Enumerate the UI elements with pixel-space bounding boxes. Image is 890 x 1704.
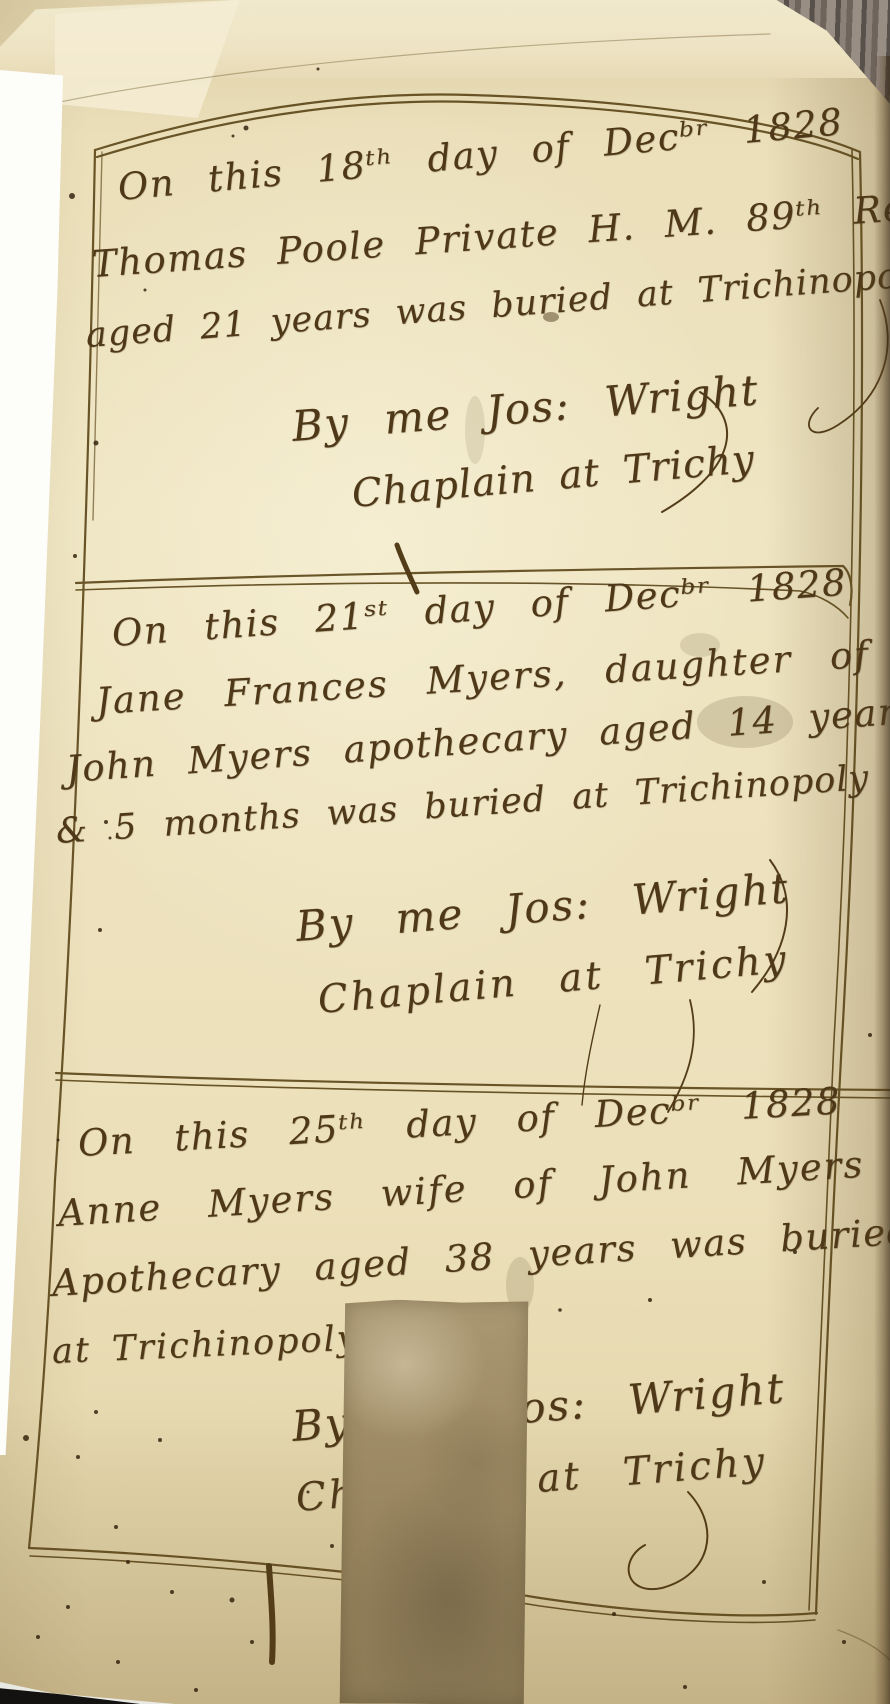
page-crease bbox=[60, 34, 770, 102]
tape-strip bbox=[340, 1299, 529, 1704]
ink-stroke-mark bbox=[269, 1566, 273, 1662]
register-photo: On this 18ᵗʰ day of Decᵇʳ 1828 Thomas Po… bbox=[0, 0, 890, 1704]
page-right-edge-shadow bbox=[874, 56, 890, 1704]
